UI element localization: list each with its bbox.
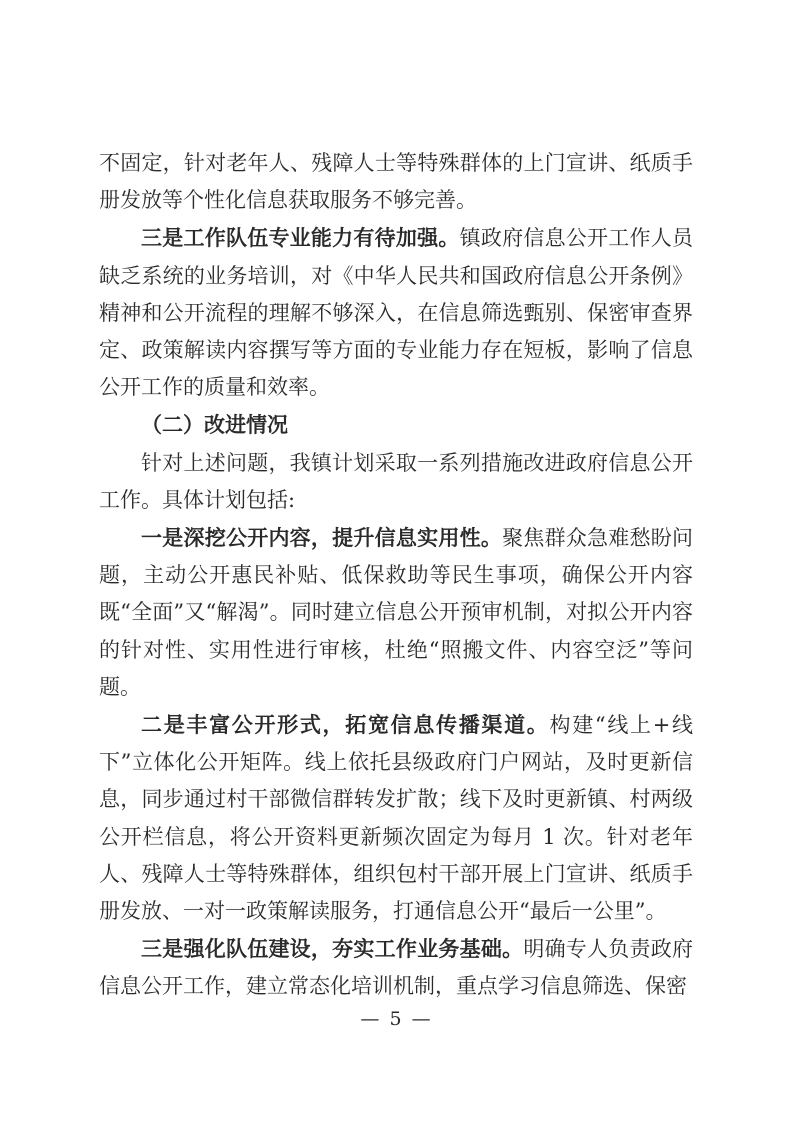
page-number: — 5 — (0, 1008, 793, 1030)
text-run: 构建“线上+线下”立体化公开矩阵。线上依托县级政府门户网站，及时更新信息，同步通… (99, 713, 693, 923)
text-run: 镇政府信息公开工作人员缺乏系统的业务培训，对《中华人民共和国政府信息公开条例》精… (99, 226, 693, 399)
paragraph: 不固定，针对老年人、残障人士等特殊群体的上门宣讲、纸质手册发放等个性化信息获取服… (99, 145, 693, 219)
text-run: 不固定，针对老年人、残障人士等特殊群体的上门宣讲、纸质手册发放等个性化信息获取服… (99, 151, 693, 212)
bold-text-run: 二是丰富公开形式，拓宽信息传播渠道。 (141, 712, 550, 737)
paragraph: 针对上述问题，我镇计划采取一系列措施改进政府信息公开工作。具体计划包括: (99, 445, 693, 519)
section-heading: （二）改进情况 (99, 406, 693, 444)
document-body: 不固定，针对老年人、残障人士等特殊群体的上门宣讲、纸质手册发放等个性化信息获取服… (99, 145, 693, 1006)
paragraph: 三是工作队伍专业能力有待加强。镇政府信息公开工作人员缺乏系统的业务培训，对《中华… (99, 219, 693, 406)
paragraph: 一是深挖公开内容，提升信息实用性。聚焦群众急难愁盼问题，主动公开惠民补贴、低保救… (99, 519, 693, 706)
bold-text-run: （二）改进情况 (141, 412, 288, 437)
paragraph: 三是强化队伍建设，夯实工作业务基础。明确专人负责政府信息公开工作，建立常态化培训… (99, 930, 693, 1005)
bold-text-run: 三是工作队伍专业能力有待加强。 (141, 225, 460, 250)
paragraph: 二是丰富公开形式，拓宽信息传播渠道。构建“线上+线下”立体化公开矩阵。线上依托县… (99, 706, 693, 930)
bold-text-run: 一是深挖公开内容，提升信息实用性。 (141, 525, 502, 550)
document-page: 不固定，针对老年人、残障人士等特殊群体的上门宣讲、纸质手册发放等个性化信息获取服… (0, 0, 793, 1122)
text-run: 针对上述问题，我镇计划采取一系列措施改进政府信息公开工作。具体计划包括: (99, 451, 693, 512)
text-run: 聚焦群众急难愁盼问题，主动公开惠民补贴、低保救助等民生事项，确保公开内容既“全面… (99, 526, 693, 699)
bold-text-run: 三是强化队伍建设，夯实工作业务基础。 (141, 936, 523, 961)
